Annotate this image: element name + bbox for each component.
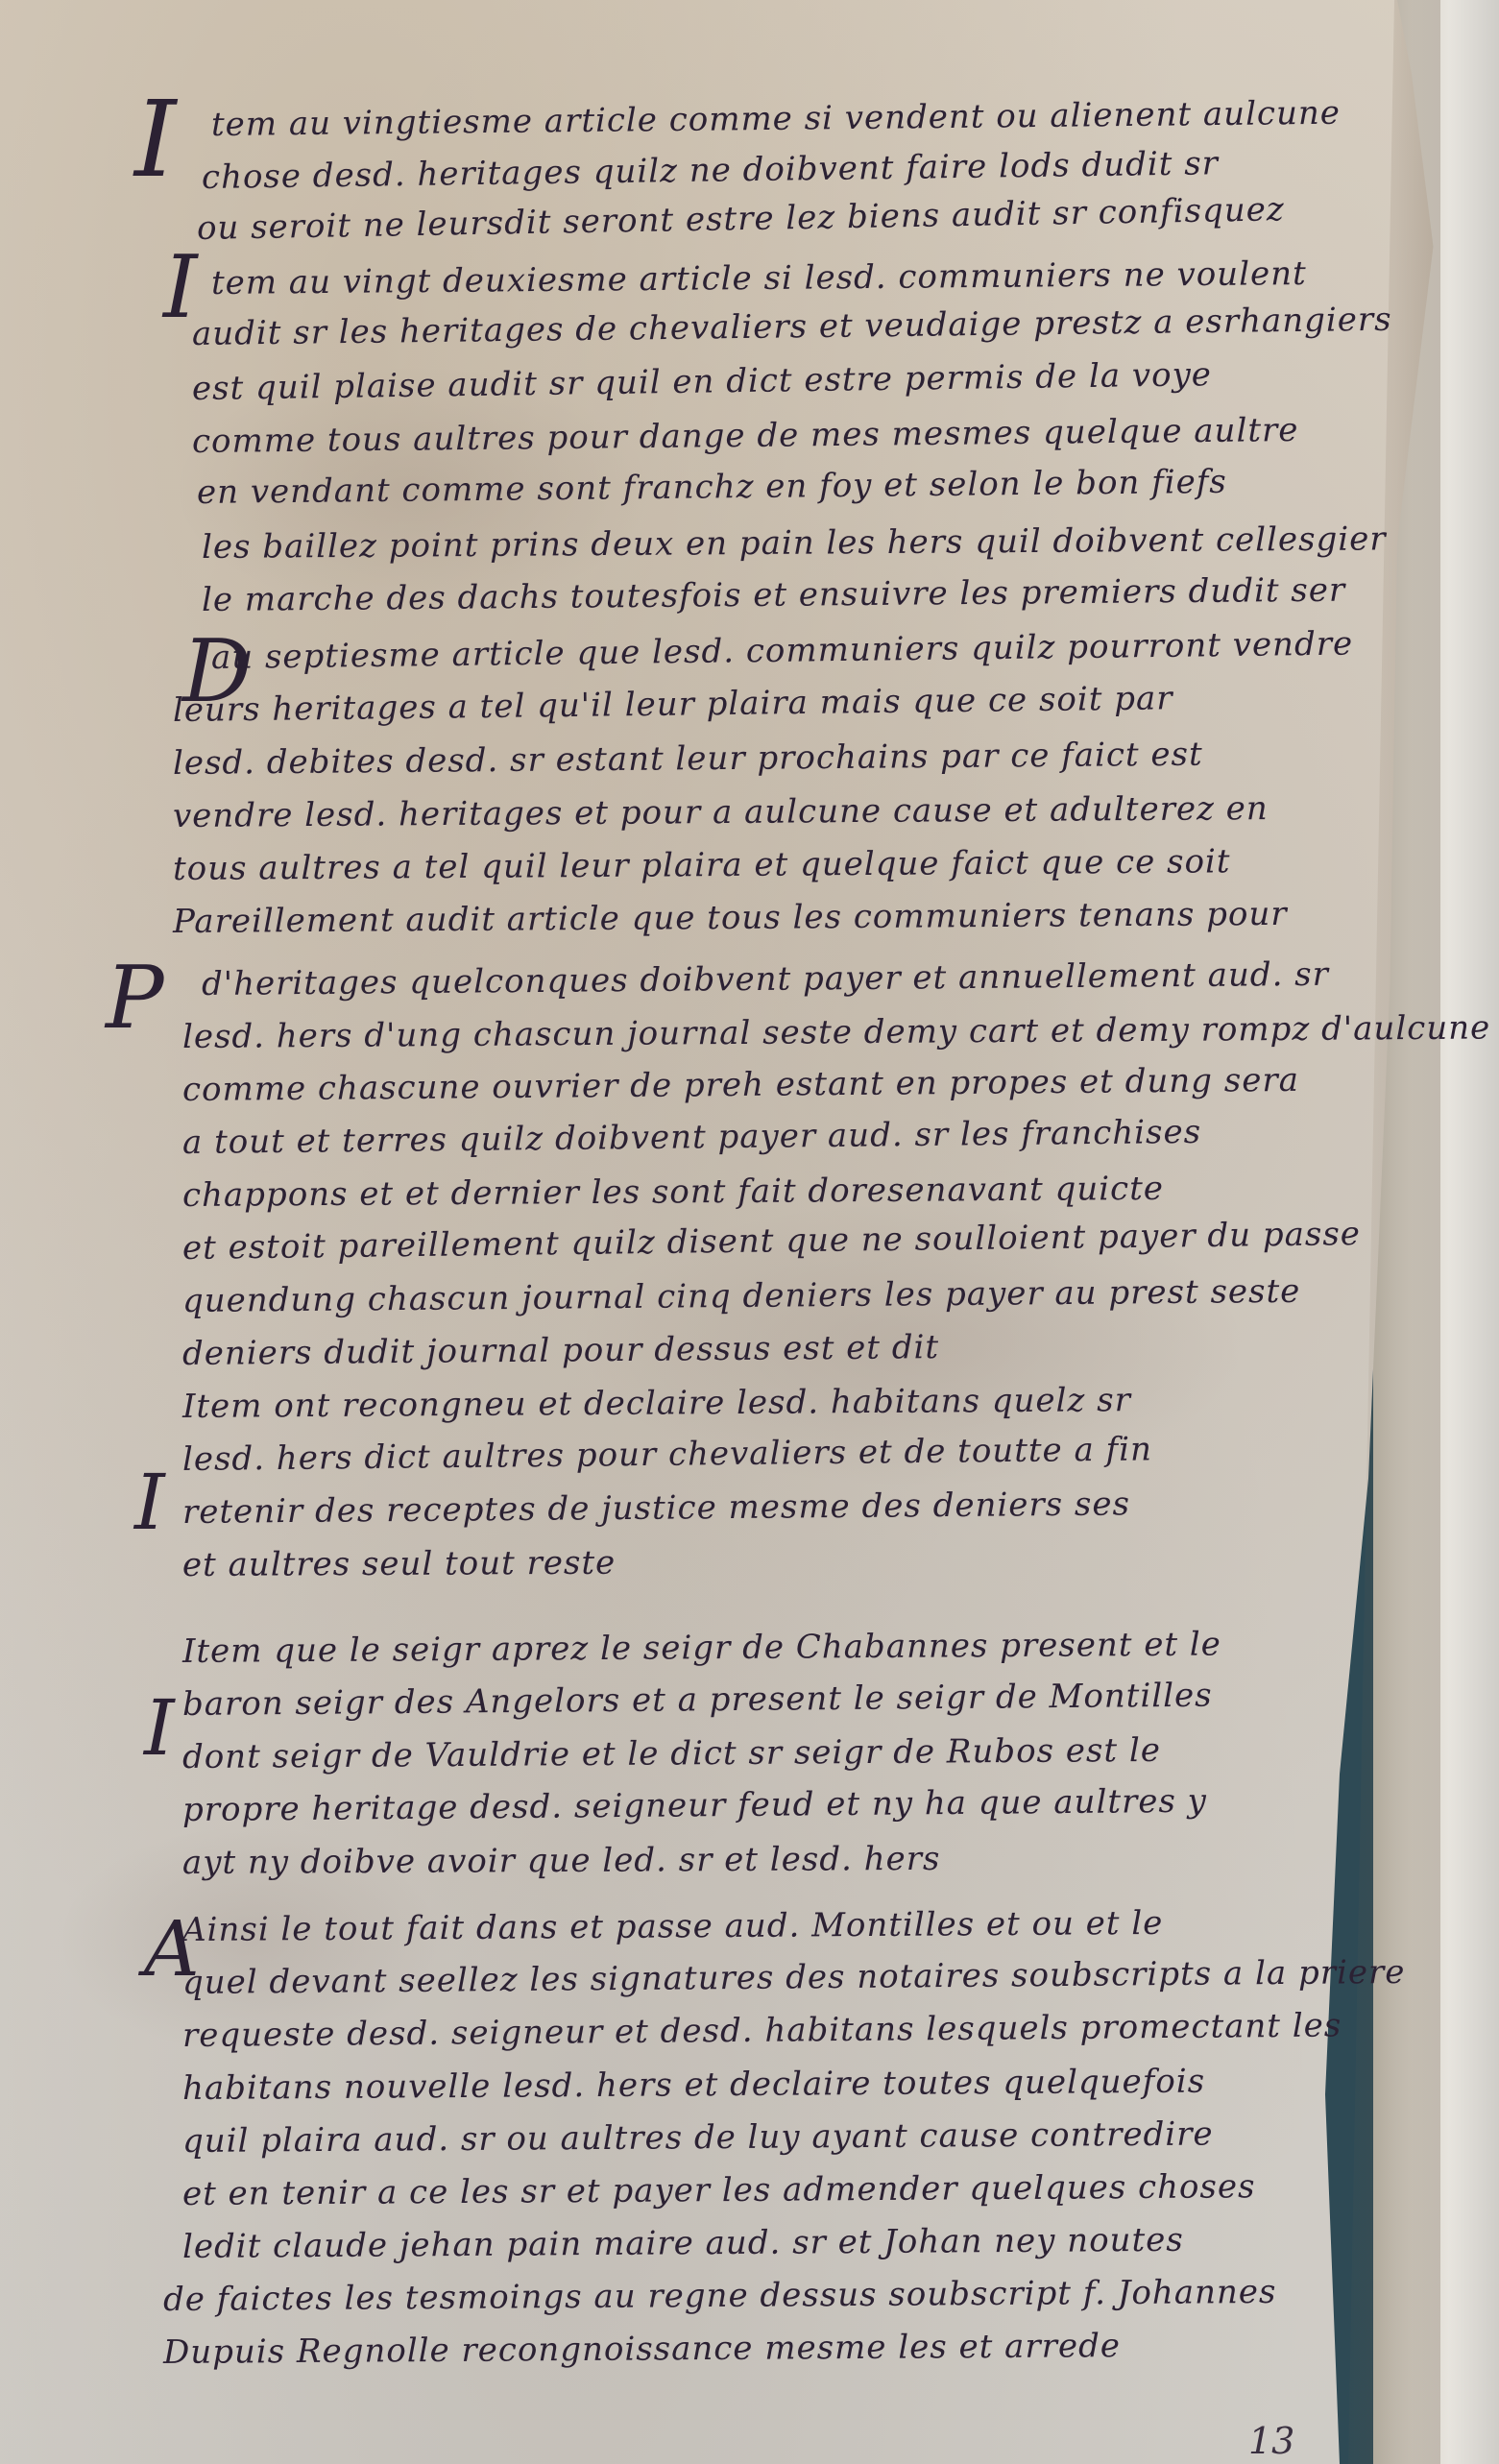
paragraph-mark: I: [134, 86, 176, 192]
text-line: et aultres seul tout reste: [182, 1544, 616, 1584]
text-line: quil plaira aud. sr ou aultres de luy ay…: [182, 2115, 1214, 2161]
text-line: vendre lesd. heritages et pour a aulcune…: [173, 789, 1269, 835]
text-line: tous aultres a tel quil leur plaira et q…: [173, 842, 1231, 888]
folio-number: 13: [1248, 2420, 1294, 2462]
text-line: Pareillement audit article que tous les …: [173, 895, 1288, 941]
text-line: ledit claude jehan pain maire aud. sr et…: [182, 2221, 1184, 2266]
text-line: chappons et et dernier les sont fait dor…: [182, 1170, 1164, 1215]
text-line: de faictes les tesmoings au regne dessus…: [163, 2273, 1277, 2319]
text-line: habitans nouvelle lesd. hers et declaire…: [182, 2063, 1205, 2108]
text-line: deniers dudit journal pour dessus est et…: [182, 1328, 939, 1373]
text-line: dont seigr de Vauldrie et le dict sr sei…: [182, 1731, 1161, 1776]
paragraph-mark: P: [106, 955, 164, 1042]
text-line: Item ont recongneu et declaire lesd. hab…: [182, 1381, 1131, 1426]
text-line: Ainsi le tout fait dans et passe aud. Mo…: [182, 1904, 1164, 1949]
paragraph-mark: I: [134, 1464, 165, 1541]
text-line: et en tenir a ce les sr et payer les adm…: [182, 2167, 1256, 2213]
text-line: ayt ny doibve avoir que led. sr et lesd.…: [182, 1840, 941, 1882]
paragraph-mark: I: [144, 1690, 175, 1767]
text-line: Dupuis Regnolle recongnoissance mesme le…: [163, 2327, 1121, 2372]
text-line: Item que le seigr aprez le seigr de Chab…: [182, 1625, 1221, 1671]
